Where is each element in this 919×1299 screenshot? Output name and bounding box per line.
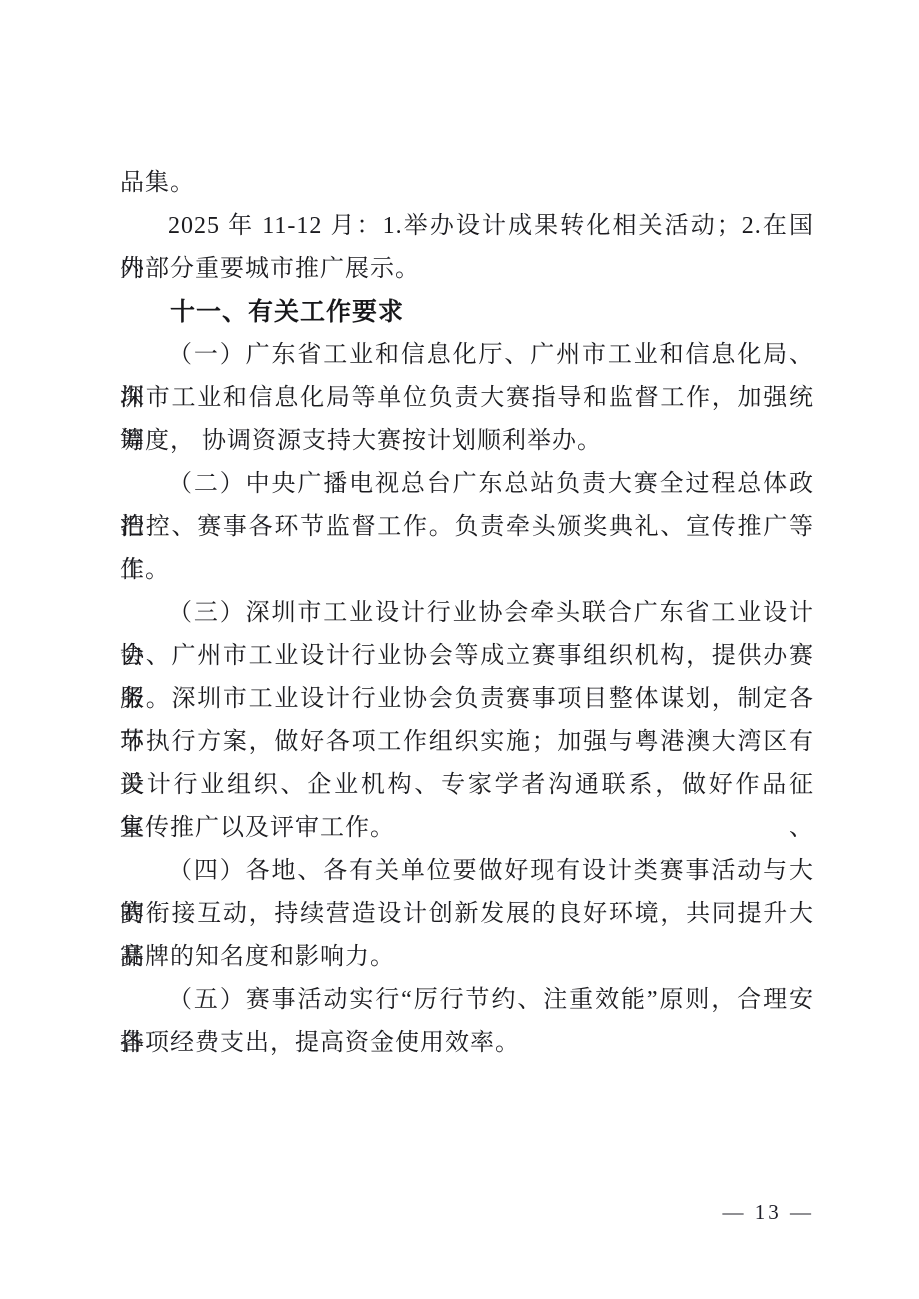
page-number: — 13 —: [0, 1200, 814, 1225]
paragraph-line: 把控、赛事各环节监督工作。负责牵头颁奖典礼、宣传推广等工: [120, 506, 814, 549]
section-heading: 十一、有关工作要求: [120, 291, 814, 334]
paragraph-line: 的衔接互动，持续营造设计创新发展的良好环境，共同提升大赛: [120, 893, 814, 936]
paragraph-line: （五）赛事活动实行“厉行节约、注重效能”原则，合理安排: [120, 979, 814, 1022]
paragraph-line: 节执行方案，做好各项工作组织实施；加强与粤港澳大湾区有关: [120, 721, 814, 764]
paragraph-line: （一）广东省工业和信息化厅、广州市工业和信息化局、深: [120, 334, 814, 377]
paragraph-line: 设计行业组织、企业机构、专家学者沟通联系，做好作品征集、: [120, 764, 814, 807]
paragraph-line: 作。: [120, 549, 814, 592]
paragraph-line: 品集。: [120, 162, 814, 205]
document-page: 品集。 2025 年 11-12 月：1.举办设计成果转化相关活动；2.在国内 …: [0, 0, 919, 1299]
paragraph-line: 圳市工业和信息化局等单位负责大赛指导和监督工作，加强统筹: [120, 377, 814, 420]
paragraph-line: （四）各地、各有关单位要做好现有设计类赛事活动与大赛: [120, 850, 814, 893]
paragraph-line: 务。深圳市工业设计行业协会负责赛事项目整体谋划，制定各环: [120, 678, 814, 721]
paragraph-line: 外部分重要城市推广展示。: [120, 248, 814, 291]
paragraph-line: 会、广州市工业设计行业协会等成立赛事组织机构，提供办赛服: [120, 635, 814, 678]
paragraph-line: 品牌的知名度和影响力。: [120, 936, 814, 979]
paragraph-line: 各项经费支出，提高资金使用效率。: [120, 1022, 814, 1065]
paragraph-line: （三）深圳市工业设计行业协会牵头联合广东省工业设计协: [120, 592, 814, 635]
paragraph-line: 调度， 协调资源支持大赛按计划顺利举办。: [120, 420, 814, 463]
paragraph-line: （二）中央广播电视总台广东总站负责大赛全过程总体政治: [120, 463, 814, 506]
paragraph-line: 2025 年 11-12 月：1.举办设计成果转化相关活动；2.在国内: [120, 205, 814, 248]
document-body: 品集。 2025 年 11-12 月：1.举办设计成果转化相关活动；2.在国内 …: [120, 162, 814, 1065]
